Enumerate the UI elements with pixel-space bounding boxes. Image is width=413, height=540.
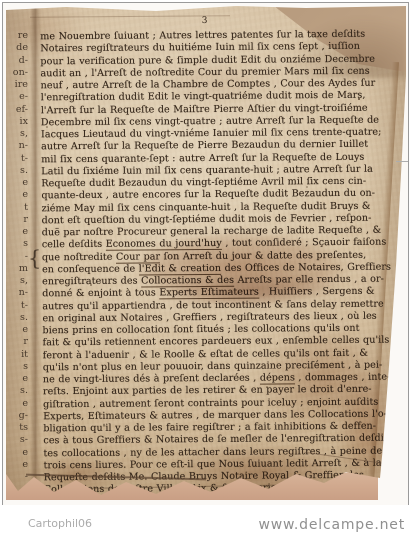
edge-text-fragment: ts: [6, 422, 28, 434]
margin-brace-mark: {: [28, 246, 42, 270]
edge-text-fragment: d-: [6, 55, 28, 67]
edge-text-fragment: n-: [6, 287, 28, 299]
edge-text-fragment: s,: [6, 128, 28, 140]
edge-text-fragment: ire: [6, 79, 28, 91]
watermark-delcampe: www.delcampe.net: [258, 517, 405, 533]
edge-text-fragment: m: [6, 263, 28, 275]
edge-text-fragment: s.: [6, 385, 28, 397]
document-text: 3 { me Nouembre ſuiuant ; Autres lettres…: [40, 29, 374, 498]
edge-text-fragment: s.: [6, 165, 28, 177]
edge-text-fragment: g-: [6, 410, 28, 422]
document-page: reded-on-iree-ef-ixs,n-t-s.eetres-ms,n-t…: [6, 6, 406, 501]
edge-text-fragment: s,: [6, 275, 28, 287]
edge-text-fragment: e: [6, 373, 28, 385]
edge-text-fragment: e: [6, 459, 28, 471]
edge-text-fragment: e: [6, 447, 28, 459]
edge-text-fragment: re: [6, 30, 28, 42]
edge-text-fragment: e: [6, 226, 28, 238]
listing-image: reded-on-iree-ef-ixs,n-t-s.eetres-ms,n-t…: [0, 0, 413, 540]
edge-text-fragment: on-: [6, 67, 28, 79]
edge-text-fragment: -: [6, 251, 28, 263]
edge-text-fragment: s-: [6, 434, 28, 446]
edge-text-fragment: ix: [6, 116, 28, 128]
edge-text-fragment: e: [6, 189, 28, 201]
edge-text-fragment: de: [6, 42, 28, 54]
edge-text-fragment: t: [6, 202, 28, 214]
margin-scratch-line: [396, 161, 408, 162]
page-number: 3: [202, 16, 208, 26]
edge-text-fragment: t-: [6, 153, 28, 165]
edge-text-fragment: e: [6, 324, 28, 336]
edge-text-fragment: s: [6, 361, 28, 373]
edge-text-fragment: e-: [6, 91, 28, 103]
edge-text-fragment: e: [6, 177, 28, 189]
edge-text-fragment: r: [6, 336, 28, 348]
edge-text-fragment: ef-: [6, 104, 28, 116]
watermark-cartophil: Cartophil06: [28, 517, 92, 530]
document-scan: reded-on-iree-ef-ixs,n-t-s.eetres-ms,n-t…: [6, 6, 406, 501]
edge-text-fragment: r: [6, 214, 28, 226]
edge-text-fragment: it: [6, 349, 28, 361]
edge-text-fragment: s.: [6, 312, 28, 324]
edge-text-fragment: e: [6, 398, 28, 410]
edge-text-fragment: t-: [6, 300, 28, 312]
edge-text-fragment: s: [6, 238, 28, 250]
edge-text-fragment: n-: [6, 140, 28, 152]
ink-specks: [6, 6, 8, 8]
photo-frame: reded-on-iree-ef-ixs,n-t-s.eetres-ms,n-t…: [2, 2, 409, 505]
